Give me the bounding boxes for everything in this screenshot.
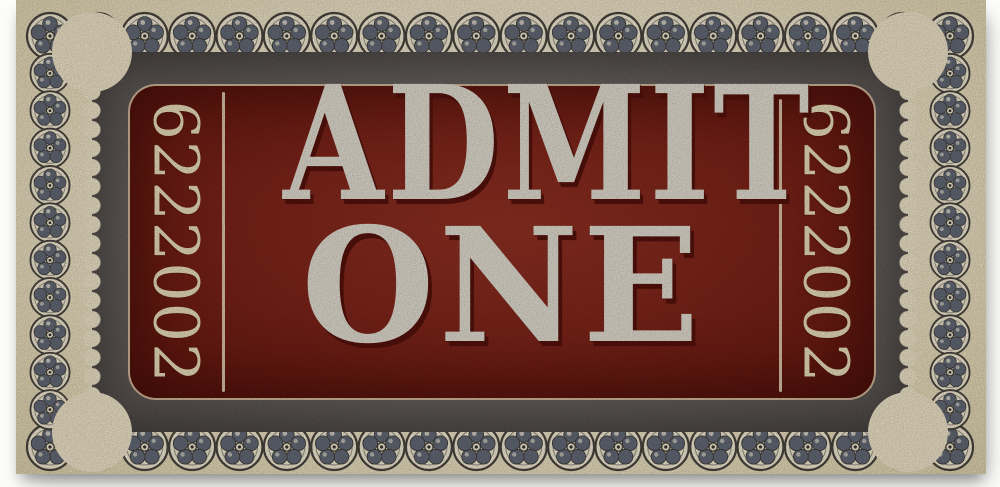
corner-notch-top-right	[868, 12, 948, 92]
corner-notch-bottom-right	[868, 392, 948, 472]
page-background: 6222002 6222002 ADMIT ONE	[0, 0, 1000, 487]
title-block: ADMIT ONE	[225, 86, 779, 398]
corner-notch-top-left	[52, 12, 132, 92]
ticket-body: 6222002 6222002 ADMIT ONE	[92, 52, 908, 432]
corner-notch-bottom-left	[52, 392, 132, 472]
ticket-red-panel: 6222002 6222002 ADMIT ONE	[128, 84, 876, 400]
one-text: ONE	[225, 212, 779, 362]
perforation-left	[83, 82, 101, 402]
serial-number-left: 6222002	[140, 100, 213, 383]
perforation-right	[899, 82, 917, 402]
admit-one-ticket-art: 6222002 6222002 ADMIT ONE	[16, 0, 986, 474]
